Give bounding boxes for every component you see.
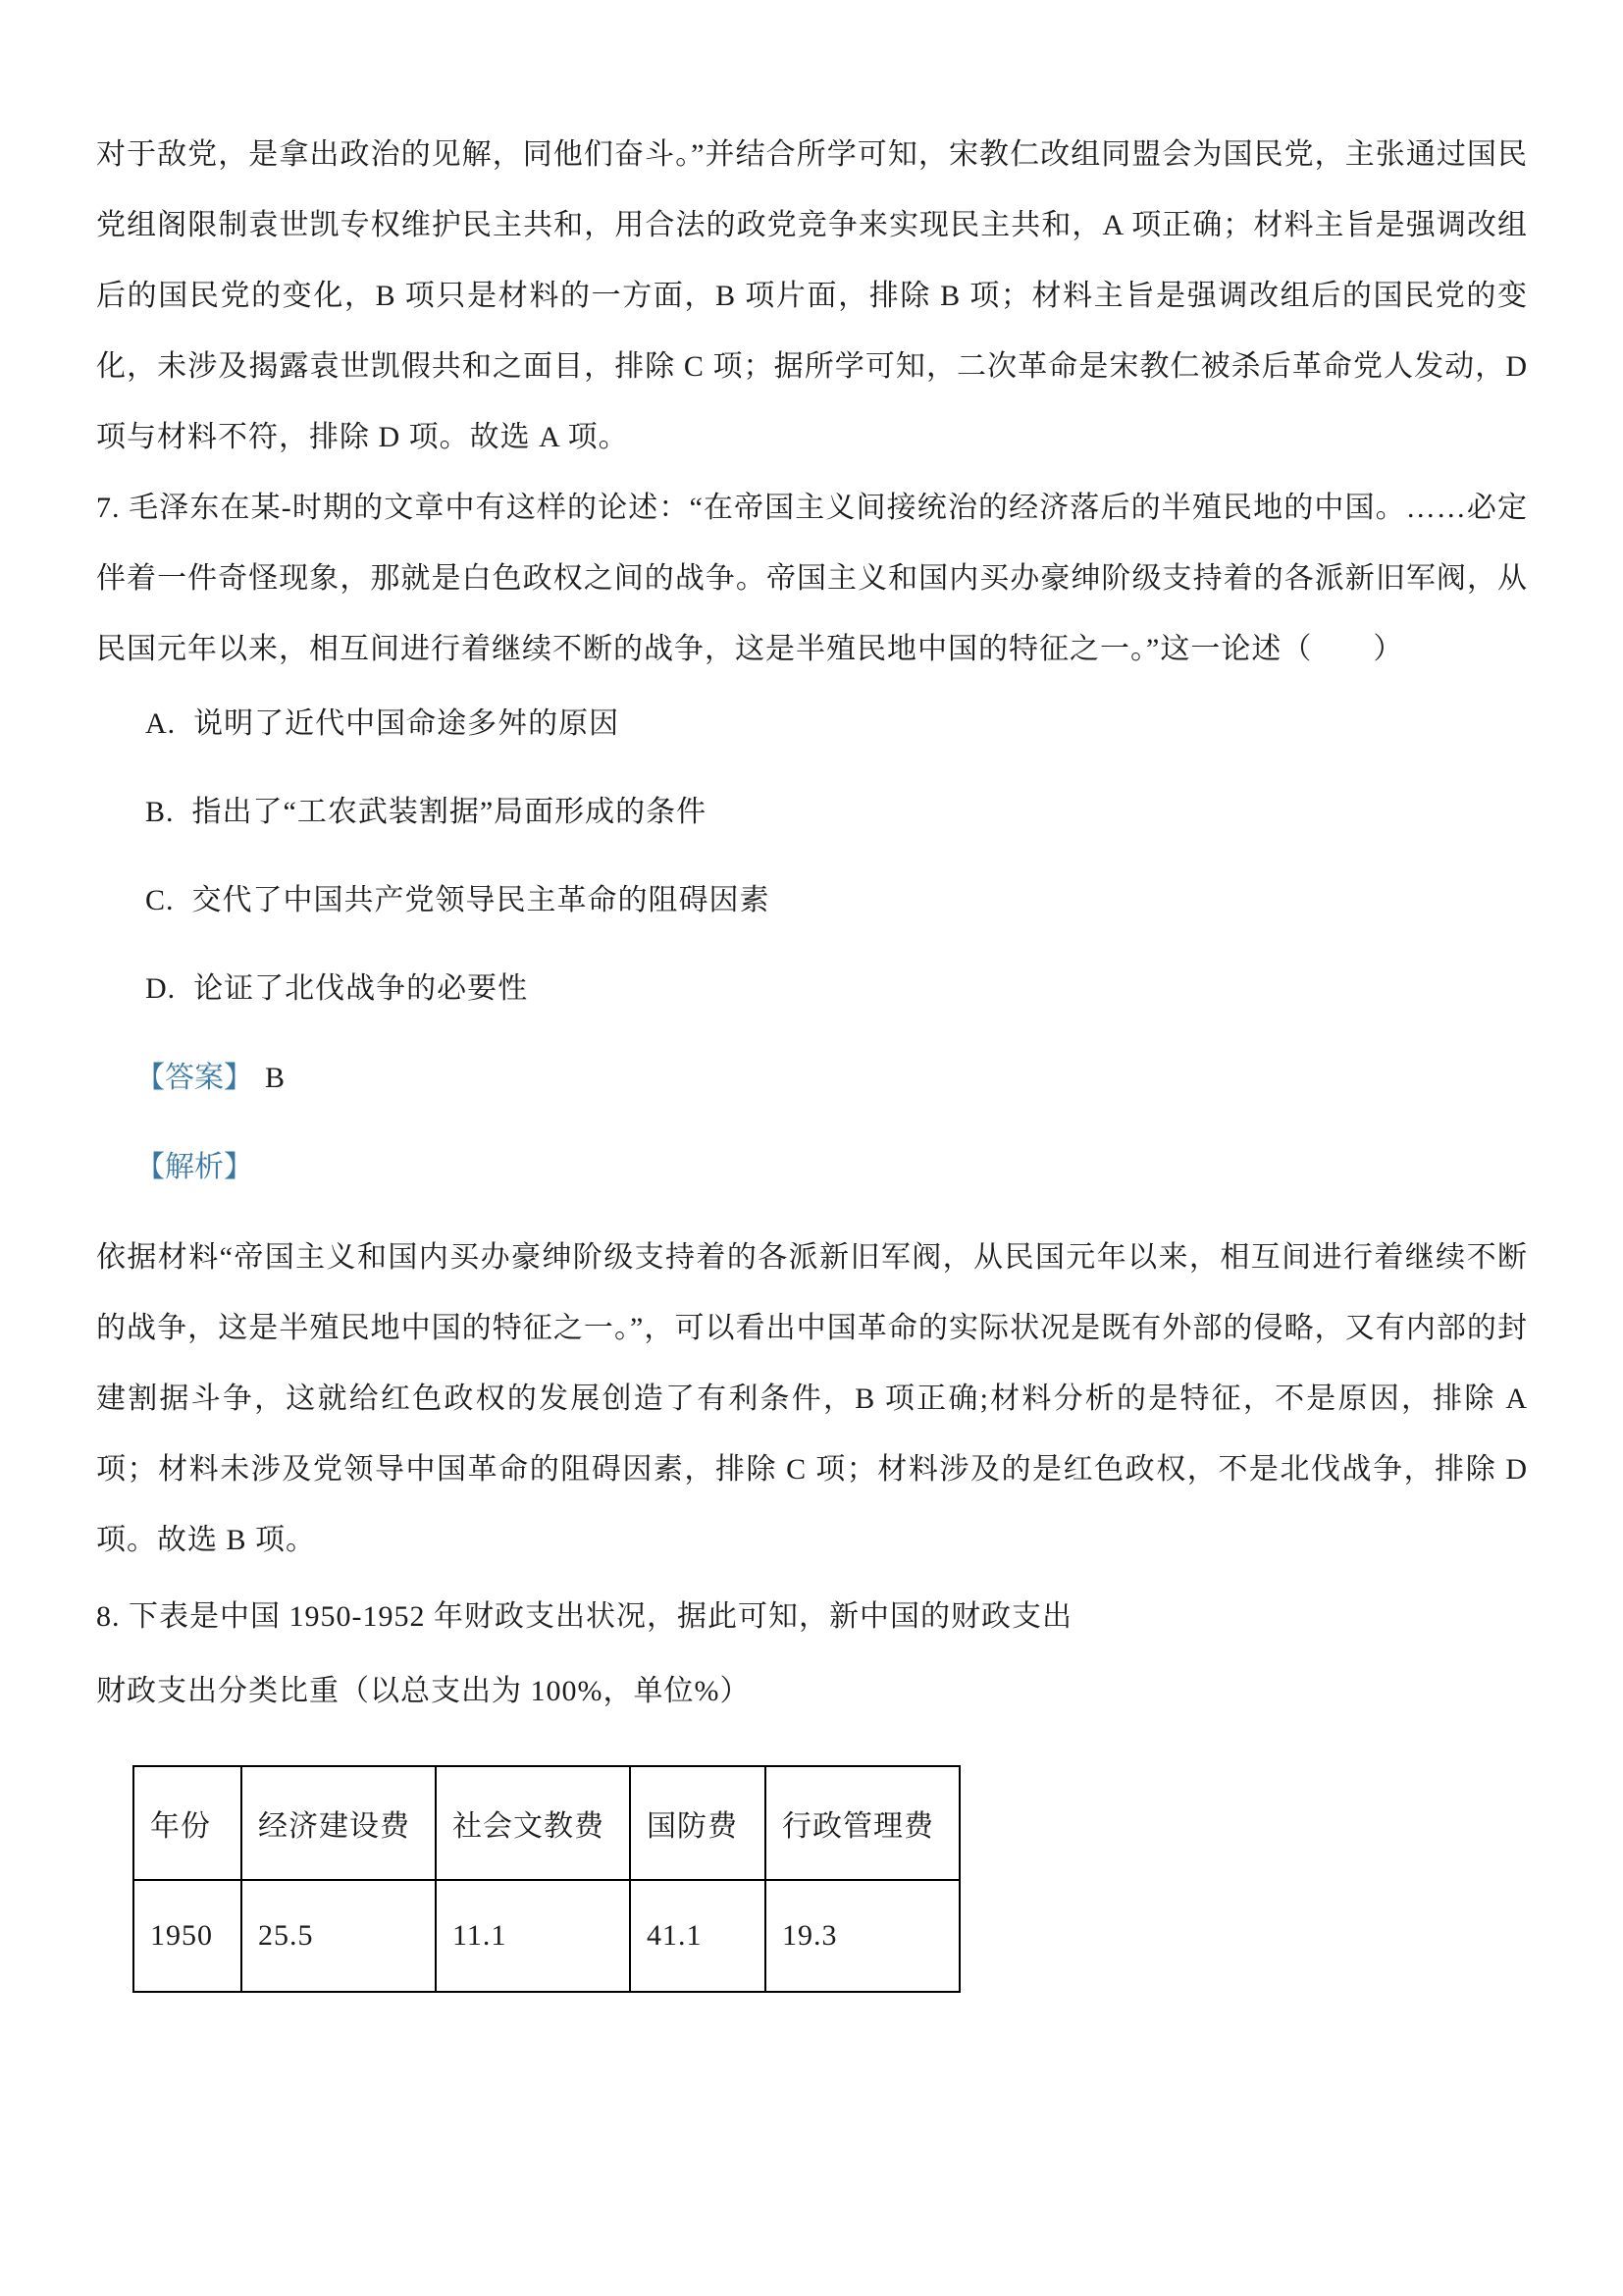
cell-year-1950: 1950 <box>133 1880 241 1992</box>
q7-analysis-text: 依据材料“帝国主义和国内买办豪绅阶级支持着的各派新旧军阀，从民国元年以来，相互间… <box>96 1223 1528 1576</box>
q7-option-c-label: C. <box>145 884 175 916</box>
cell-admin-1950: 19.3 <box>765 1880 960 1992</box>
q7-option-b: B.指出了“工农武装割据”局面形成的条件 <box>145 777 1528 848</box>
cell-edu-1950: 11.1 <box>436 1880 630 1992</box>
header-national-defense: 国防费 <box>630 1766 765 1880</box>
q7-option-c-text: 交代了中国共产党领导民主革命的阻碍因素 <box>192 884 770 916</box>
header-administration: 行政管理费 <box>765 1766 960 1880</box>
q7-option-a-label: A. <box>145 707 176 740</box>
header-social-culture-education: 社会文教费 <box>436 1766 630 1880</box>
q7-option-d-text: 论证了北伐战争的必要性 <box>193 972 528 1005</box>
answer-label: 【答案】 <box>135 1062 253 1094</box>
answer-value: B <box>265 1062 285 1094</box>
table-header-row: 年份 经济建设费 社会文教费 国防费 行政管理费 <box>133 1766 960 1880</box>
q7-option-a: A.说明了近代中国命途多舛的原因 <box>145 689 1528 759</box>
q7-option-b-text: 指出了“工农武装割据”局面形成的条件 <box>192 796 707 828</box>
header-year: 年份 <box>133 1766 241 1880</box>
q6-analysis-continued-text: 对于敌党，是拿出政治的见解，同他们奋斗。”并结合所学可知，宋教仁改组同盟会为国民… <box>96 120 1528 473</box>
q7-option-c: C.交代了中国共产党领导民主革命的阻碍因素 <box>145 865 1528 936</box>
table-row-1950: 1950 25.5 11.1 41.1 19.3 <box>133 1880 960 1992</box>
q7-option-d: D.论证了北伐战争的必要性 <box>145 954 1528 1024</box>
q8-stem: 8. 下表是中国 1950-1952 年财政支出状况，据此可知，新中国的财政支出 <box>96 1582 1528 1652</box>
q7-answer-line: 【答案】B <box>135 1043 1528 1114</box>
fiscal-expenditure-table: 年份 经济建设费 社会文教费 国防费 行政管理费 1950 25.5 11.1 … <box>132 1765 961 1993</box>
header-economic-construction: 经济建设费 <box>241 1766 436 1880</box>
cell-defense-1950: 41.1 <box>630 1880 765 1992</box>
q7-analysis-label-line: 【解析】 <box>135 1132 1528 1203</box>
q7-option-d-label: D. <box>145 972 176 1005</box>
page-content: 对于敌党，是拿出政治的见解，同他们奋斗。”并结合所学可知，宋教仁改组同盟会为国民… <box>0 0 1623 1993</box>
document-page: 对于敌党，是拿出政治的见解，同他们奋斗。”并结合所学可知，宋教仁改组同盟会为国民… <box>0 0 1623 2296</box>
q7-option-a-text: 说明了近代中国命途多舛的原因 <box>193 707 619 740</box>
cell-econ-1950: 25.5 <box>241 1880 436 1992</box>
q8-table-caption: 财政支出分类比重（以总支出为 100%，单位%） <box>96 1656 1528 1727</box>
analysis-label: 【解析】 <box>135 1151 253 1183</box>
q7-option-b-label: B. <box>145 796 175 828</box>
q7-stem: 7. 毛泽东在某-时期的文章中有这样的论述：“在帝国主义间接统治的经济落后的半殖… <box>96 473 1528 685</box>
